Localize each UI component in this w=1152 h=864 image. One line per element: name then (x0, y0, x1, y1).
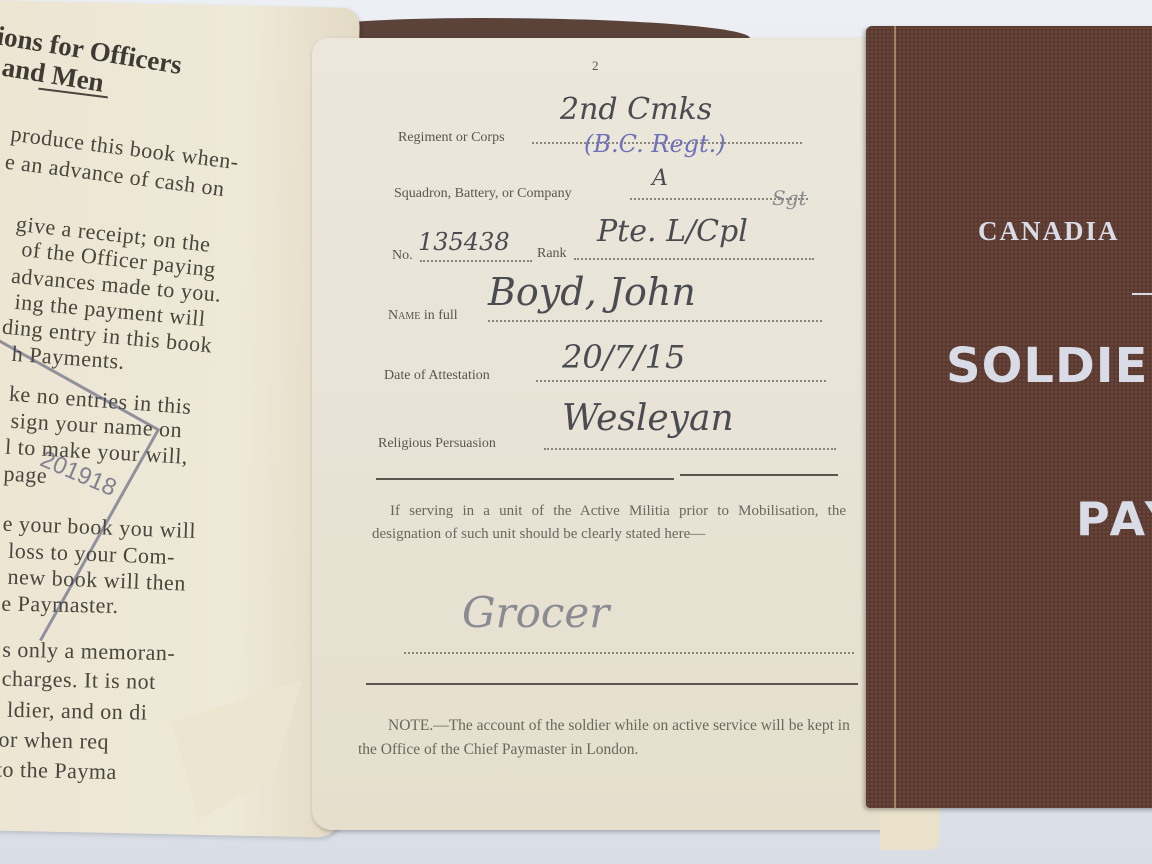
left-page-line: ldier, and on di (7, 697, 148, 726)
value-regiment-note: (B.C. Regt.) (584, 130, 726, 158)
value-rank-note: Sgt (772, 186, 807, 210)
divider-note (366, 683, 858, 685)
soldier-pay-book-cover: CANADIA SOLDIER PAY (866, 26, 1152, 808)
label-name: Name in full (388, 308, 458, 324)
label-number: No. (392, 248, 413, 264)
cover-dash (1132, 293, 1152, 295)
dotted-line-religion (544, 448, 836, 450)
value-name: Boyd, John (488, 270, 696, 314)
value-militia-unit: Grocer (462, 588, 609, 637)
dotted-line-name (488, 320, 822, 322)
value-number: 135438 (418, 228, 510, 256)
dotted-line-militia (404, 652, 854, 654)
page-number: 2 (592, 58, 599, 74)
divider-left (376, 478, 674, 480)
cover-title-soldier: SOLDIER (946, 338, 1152, 394)
dotted-line-rank (574, 258, 814, 260)
label-squadron: Squadron, Battery, or Company (394, 186, 572, 202)
label-name-rest: in full (420, 308, 457, 323)
left-page: ions for Officers and Men produce this b… (0, 0, 360, 838)
dotted-line-date (536, 380, 826, 382)
value-rank: Pte. L/Cpl (597, 214, 748, 249)
note-paragraph: NOTE.—The account of the soldier while o… (358, 714, 868, 762)
divider-right (680, 474, 838, 476)
label-date: Date of Attestation (384, 368, 490, 384)
label-rank: Rank (537, 246, 567, 262)
value-regiment: 2nd Cmks (560, 92, 712, 127)
left-page-line: s only a memoran- (2, 637, 175, 667)
left-page-line: or when req (0, 727, 109, 755)
left-page-line: to the Payma (0, 757, 117, 786)
cover-title-canadian: CANADIA (978, 216, 1120, 247)
label-name-smallcaps: Name (388, 308, 420, 323)
militia-instructions: If serving in a unit of the Active Milit… (372, 500, 846, 546)
label-religion: Religious Persuasion (378, 436, 496, 452)
right-page-form: 2 Regiment or Corps 2nd Cmks (B.C. Regt.… (312, 38, 914, 830)
left-page-line: charges. It is not (2, 666, 157, 695)
value-religion: Wesleyan (562, 398, 734, 439)
value-date: 20/7/15 (562, 338, 685, 376)
value-squadron: A (652, 166, 668, 191)
cover-title-pay: PAY (1076, 492, 1152, 546)
label-regiment: Regiment or Corps (398, 130, 505, 146)
dotted-line-number (420, 260, 532, 262)
spine-crease (894, 26, 896, 808)
